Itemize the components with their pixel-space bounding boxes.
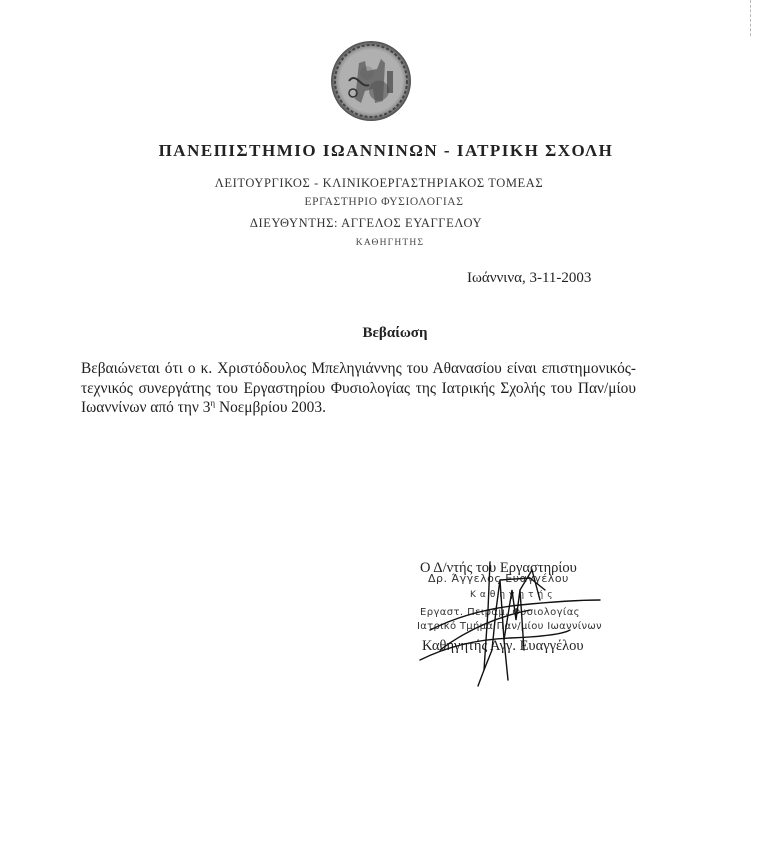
document-title: Βεβαίωση	[0, 325, 768, 342]
body-text-main: Βεβαιώνεται ότι ο κ. Χριστόδουλος Μπεληγ…	[81, 360, 636, 416]
university-seal-icon	[331, 41, 411, 121]
certificate-body: Βεβαιώνεται ότι ο κ. Χριστόδουλος Μπεληγ…	[81, 359, 636, 418]
professor-title-line: ΚΑΘΗΓΗΤΗΣ	[0, 238, 768, 248]
laboratory-line: ΕΡΓΑΣΤΗΡΙΟ ΦΥΣΙΟΛΟΓΙΑΣ	[0, 196, 768, 208]
department-line: ΛΕΙΤΟΥΡΓΙΚΟΣ - ΚΛΙΝΙΚΟΕΡΓΑΣΤΗΡΙΑΚΟΣ ΤΟΜΕ…	[0, 176, 768, 191]
stamp-line-department: Ιατρικό Τμήμα Παν/μίου Ιωαννίνων	[417, 621, 602, 632]
scan-edge-artifact	[750, 0, 752, 36]
stamp-line-lab: Εργαστ. Πειραμ. Φυσιολογίας	[420, 607, 580, 618]
signatory-name: Καθηγητής Αγγ. Ευαγγέλου	[422, 638, 584, 655]
stamp-line-name: Δρ. Άγγελος Ευαγγέλου	[428, 572, 569, 585]
institution-heading: ΠΑΝΕΠΙΣΤΗΜΙΟ ΙΩΑΝΝΙΝΩΝ - ΙΑΤΡΙΚΗ ΣΧΟΛΗ	[0, 141, 768, 161]
director-line: ΔΙΕΥΘΥΝΤΗΣ: ΑΓΓΕΛΟΣ ΕΥΑΓΓΕΛΟΥ	[0, 216, 768, 231]
document-page: ΠΑΝΕΠΙΣΤΗΜΙΟ ΙΩΑΝΝΙΝΩΝ - ΙΑΤΡΙΚΗ ΣΧΟΛΗ Λ…	[0, 0, 768, 859]
document-date: Ιωάννινα, 3-11-2003	[467, 270, 591, 287]
stamp-line-title: Καθηγητής	[470, 590, 556, 600]
body-text-end: Νοεμβρίου 2003.	[215, 399, 326, 416]
signature-block: Ο Δ/ντής του Εργαστηρίου Δρ. Άγγελος Ευα…	[420, 560, 630, 690]
